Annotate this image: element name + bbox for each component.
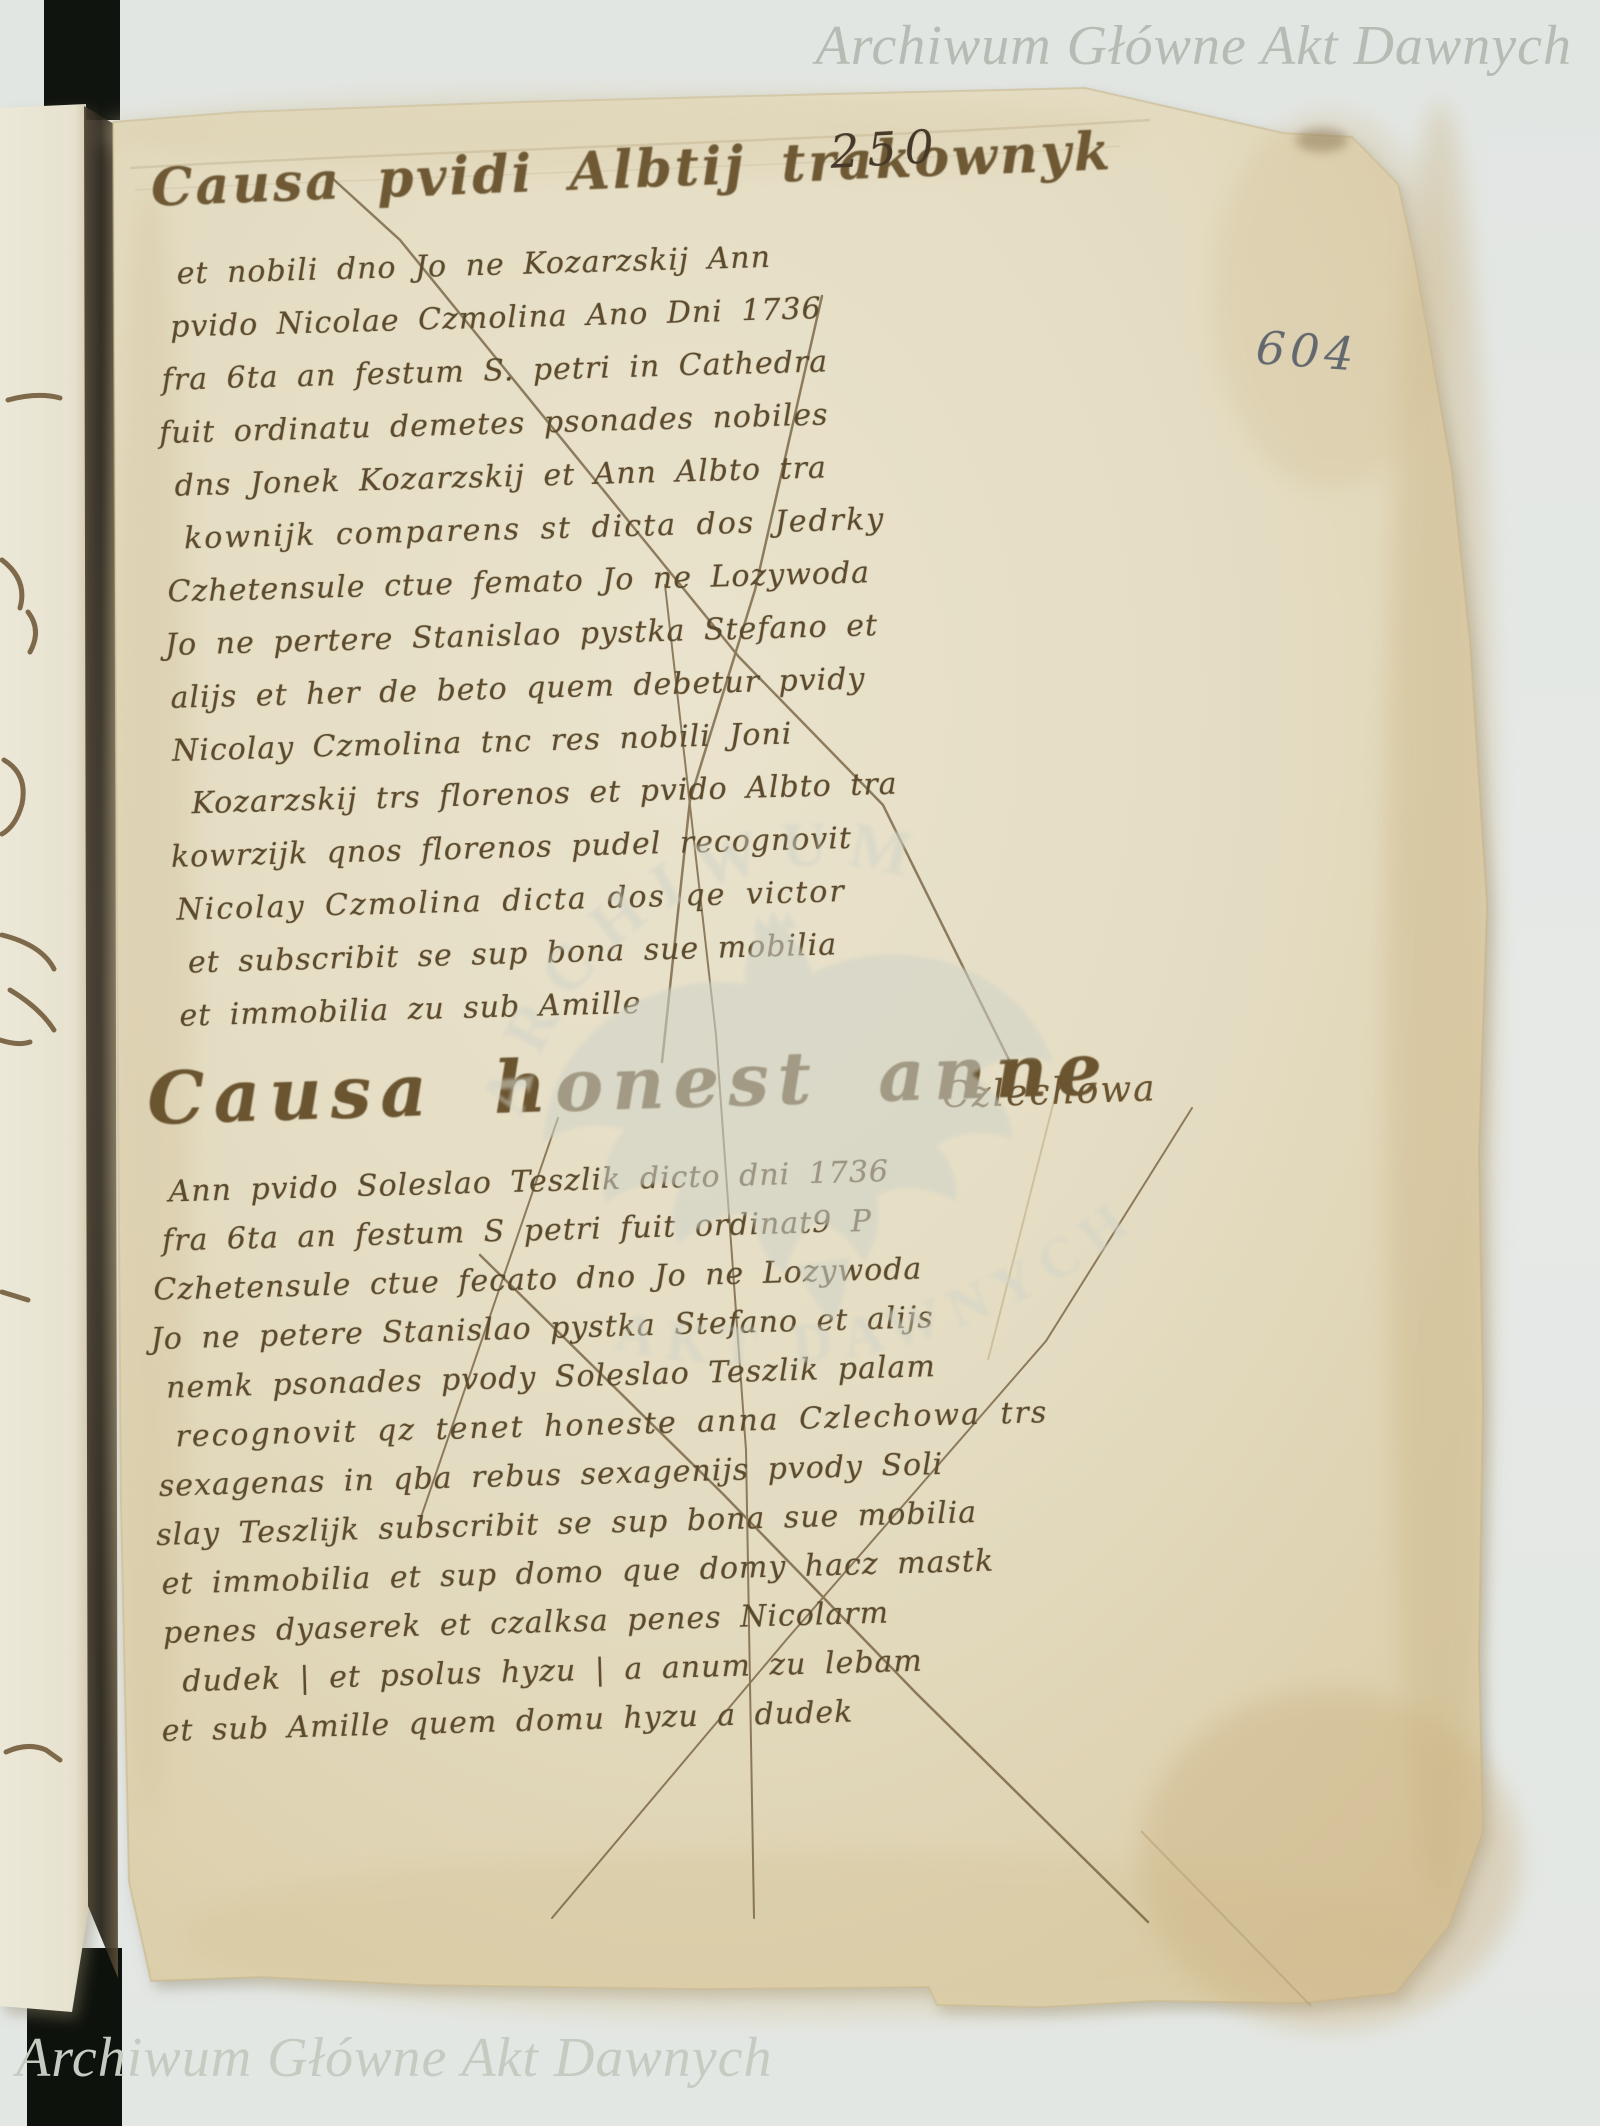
watermark-top: Archiwum Główne Akt Dawnych [816,14,1572,78]
entry2-heading-suffix: Czlechowa [941,1068,1157,1116]
manuscript-scan: Causa pvidi Albtij trakownyk et nobili d… [0,0,1600,2126]
binding-strip-top [44,0,120,120]
folio-number-ink: 250 [829,119,943,179]
ink-fragment [0,1040,30,1044]
ink-fragment [10,990,54,1030]
entry1-lines: et nobili dno Jo ne Kozarzskij Annpvido … [158,228,904,1043]
archival-number-pencil: 604 [1254,320,1360,381]
ink-fragment [8,395,60,400]
crease-line [1141,1831,1311,2006]
ink-fragment [2,560,22,608]
ink-fragment [2,760,23,834]
ink-fragment [6,1746,60,1760]
entry2-lines: Ann pvido Soleslao Teszlik dicto dni 173… [150,1143,1057,1756]
ink-fragment [28,612,36,652]
watermark-bottom: Archiwum Główne Akt Dawnych [16,2026,772,2090]
facing-page-edge [0,104,92,2012]
entry1-heading: Causa pvidi Albtij trakownyk [150,121,1114,219]
facing-page-ink-fragments [0,395,60,1760]
ink-fragment [2,1292,28,1300]
ink-fragment [2,935,54,969]
gutter-shadow [84,106,118,1978]
